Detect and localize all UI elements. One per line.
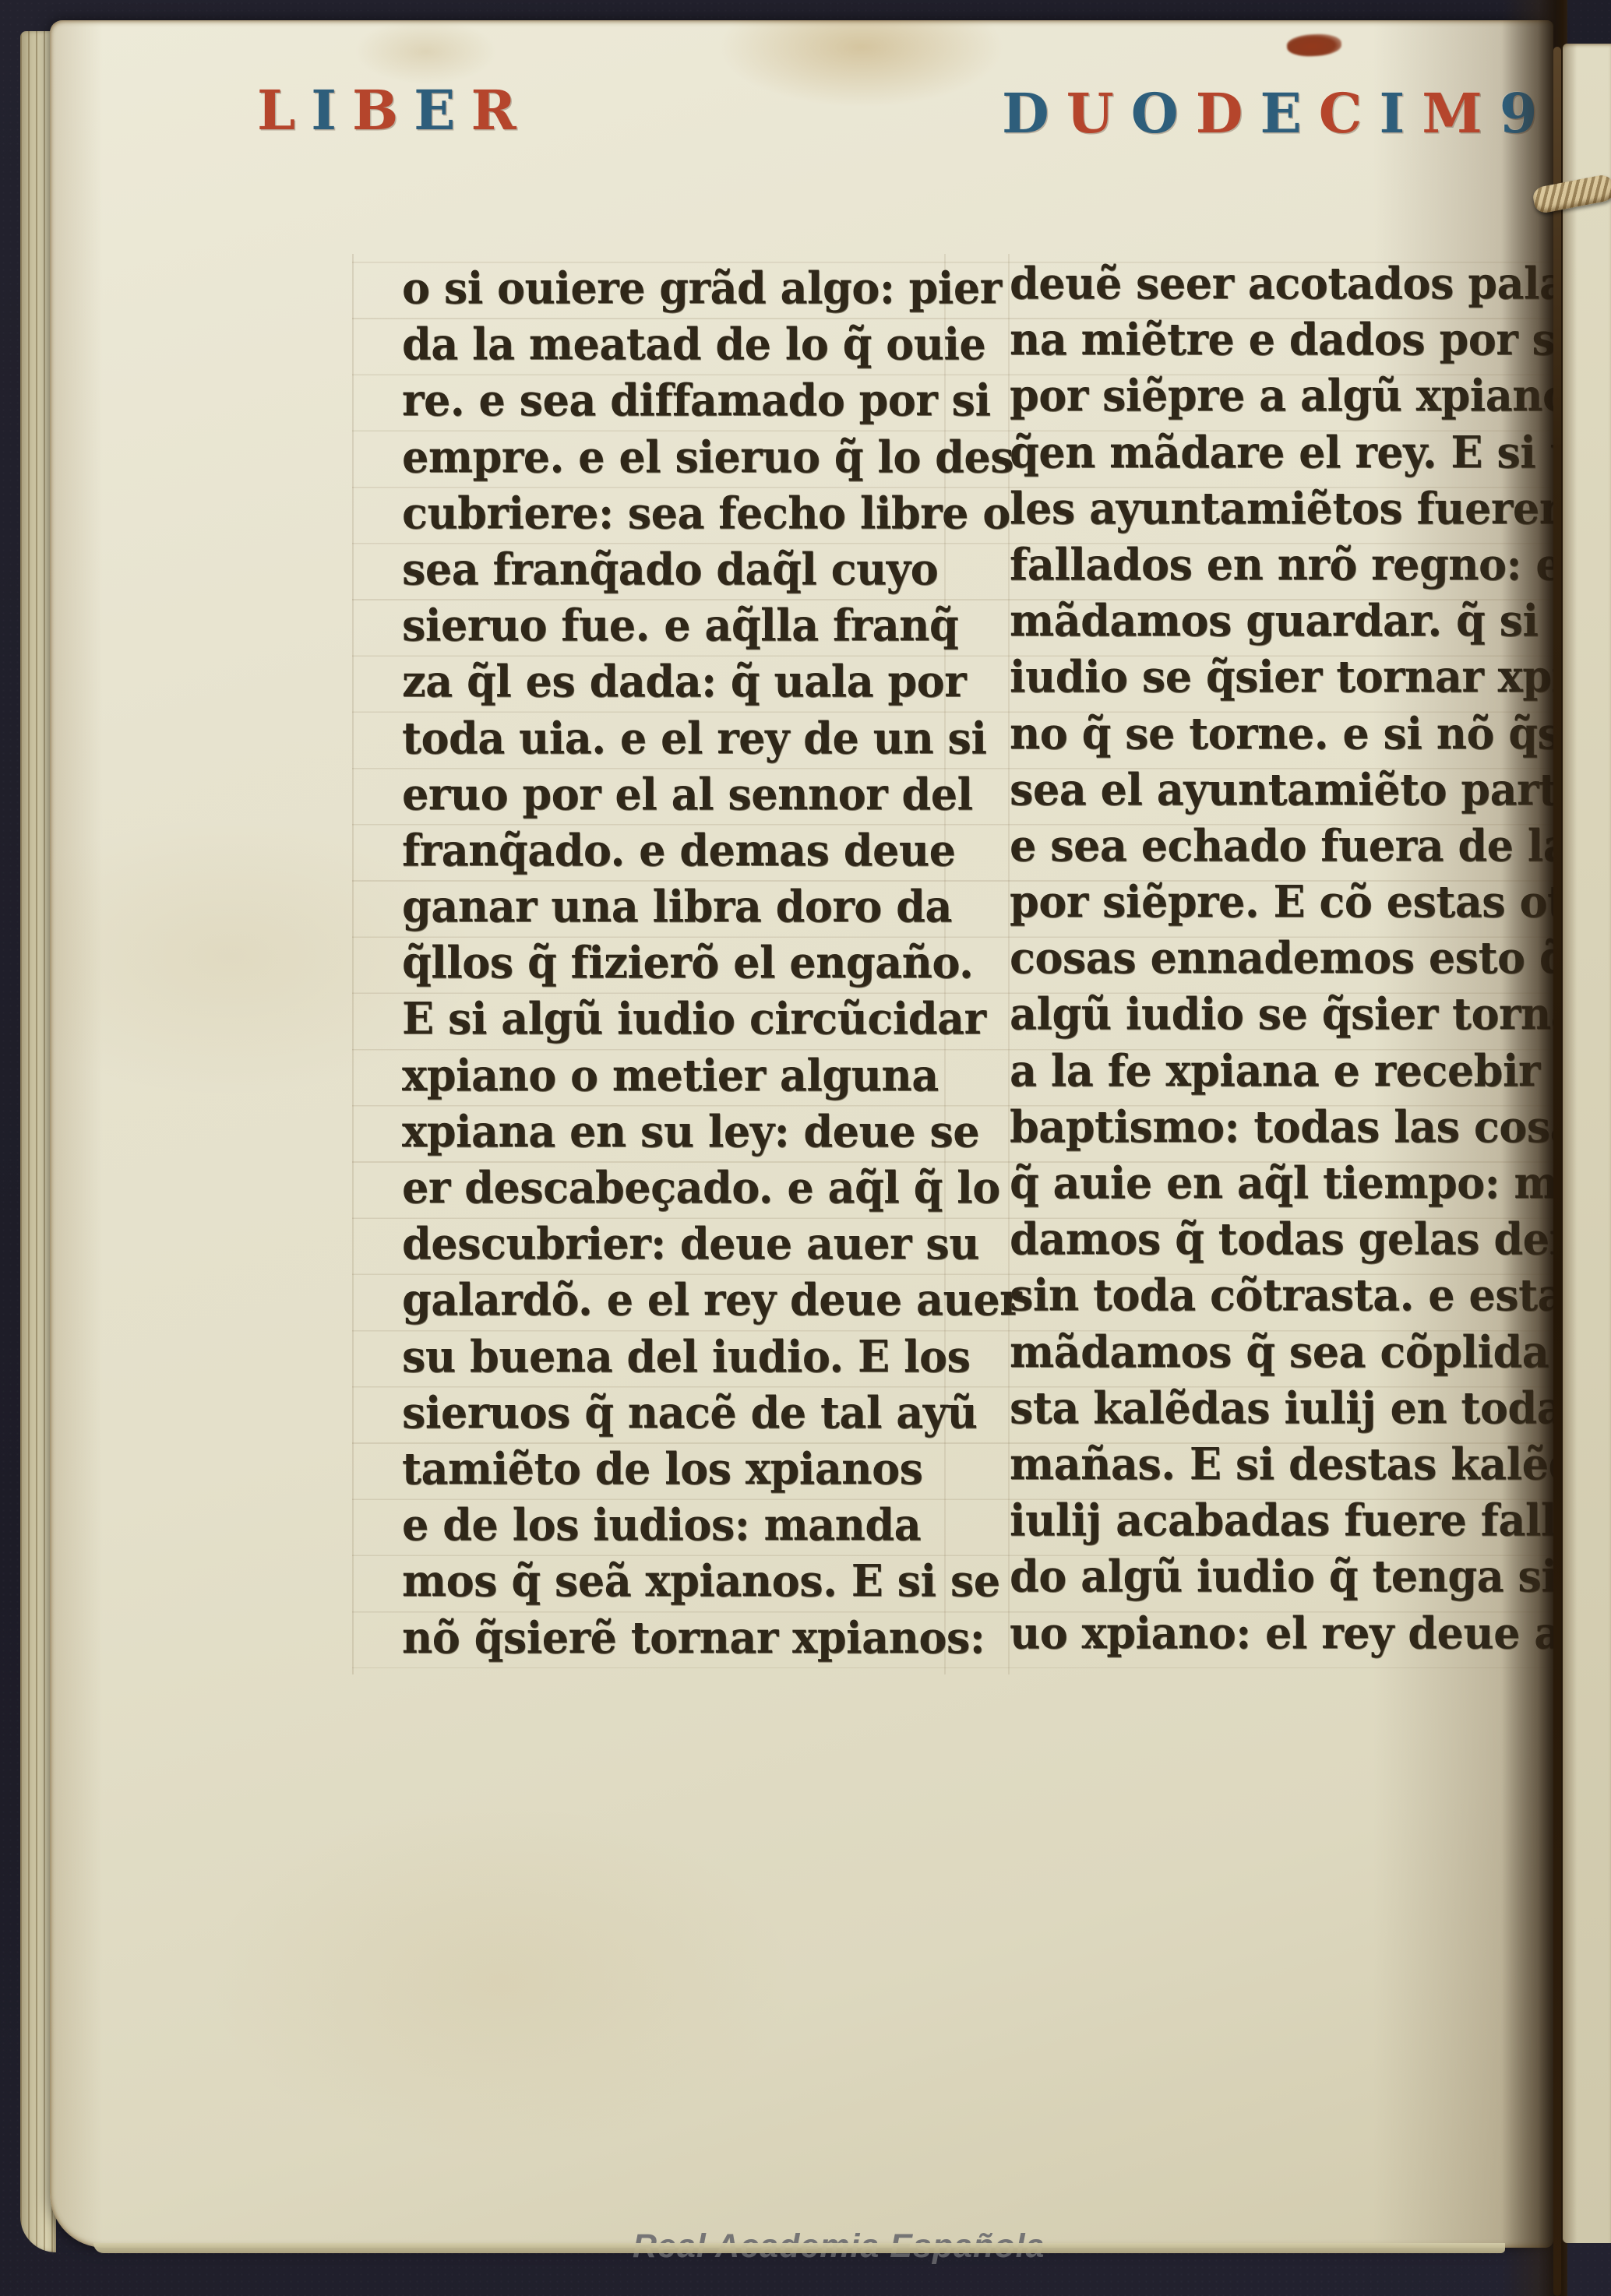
text-line: o si ouiere grãd algo: pier xyxy=(402,259,957,317)
text-line: les ayuntamiẽtos fueren xyxy=(1010,479,1564,537)
text-line: sea franq̃ado daq̃l cuyo xyxy=(402,540,957,598)
text-line: damos q̃ todas gelas den xyxy=(1010,1210,1564,1268)
text-line: xpiano o metier alguna xyxy=(402,1046,957,1104)
text-line: su buena del iudio. E los xyxy=(402,1327,957,1386)
text-line: e sea echado fuera de la tr̃a xyxy=(1010,816,1564,875)
text-line: sieruo fue. e aq̃lla franq̃ xyxy=(402,596,957,654)
text-line: descubrier: deue auer su xyxy=(402,1214,957,1273)
text-line: por siẽpre. E cõ estas otras xyxy=(1010,872,1564,931)
illuminated-letter: L xyxy=(257,86,295,136)
text-line: mos q̃ seã xpianos. E si se xyxy=(402,1551,957,1610)
illuminated-letter: R xyxy=(471,86,516,136)
text-line: baptismo: todas las cosas xyxy=(1010,1097,1564,1156)
text-line: mãdamos guardar. q̃ si el xyxy=(1010,591,1564,650)
text-line: e de los iudios: manda xyxy=(402,1495,957,1554)
text-line: mañas. E si destas kalẽdas xyxy=(1010,1435,1564,1493)
text-line: nõ q̃sierẽ tornar xpianos: xyxy=(402,1608,957,1667)
illuminated-letter: B xyxy=(352,86,398,136)
text-line: por siẽpre a algũ xpiano a xyxy=(1010,366,1564,424)
text-line: za q̃l es dada: q̃ uala por xyxy=(402,652,957,710)
illuminated-letter: O xyxy=(1131,89,1179,139)
illuminated-letter: U xyxy=(1066,89,1114,139)
text-line: re. e sea diffamado por si xyxy=(402,371,957,429)
text-line: na miẽtre e dados por sieruos xyxy=(1010,310,1564,368)
text-line: eruo por el al sennor del xyxy=(402,765,957,823)
text-line: q̃llos q̃ fizierõ el engaño. xyxy=(402,933,957,991)
text-line: galardõ. e el rey deue auer xyxy=(402,1270,957,1329)
illuminated-letter: C xyxy=(1319,89,1362,139)
text-line: deuẽ seer acotados paladi xyxy=(1010,254,1564,312)
text-line: franq̃ado. e demas deue xyxy=(402,821,957,879)
text-line: do algũ iudio q̃ tenga sier xyxy=(1010,1547,1564,1605)
header-liber: LIBER xyxy=(257,86,516,136)
illuminated-letter: E xyxy=(414,86,455,136)
illuminated-letter: E xyxy=(1260,89,1301,139)
text-line: q̃en mãdare el rey. E si ta xyxy=(1010,423,1564,481)
illuminated-letter: I xyxy=(311,86,337,136)
gutter-seam xyxy=(1553,47,1561,2296)
facing-page-edge xyxy=(1563,44,1611,2243)
text-line: toda uia. e el rey de un si xyxy=(402,709,957,767)
text-line: fallados en nrõ regno: esto xyxy=(1010,535,1564,593)
text-line: mãdamos q̃ sea cõplida fa xyxy=(1010,1322,1564,1381)
red-edge-mark xyxy=(1286,33,1341,58)
illuminated-letter: I xyxy=(1380,89,1405,139)
text-line: sin toda cõtrasta. e esta ley xyxy=(1010,1266,1564,1324)
header-duodecimus: DUODECIM9 xyxy=(1002,89,1537,139)
text-line: da la meatad de lo q̃ ouie xyxy=(402,315,957,373)
text-line: E si algũ iudio circũcidar xyxy=(402,989,957,1048)
illuminated-letter: D xyxy=(1002,89,1049,139)
illuminated-letter: M xyxy=(1422,89,1482,139)
bottom-page-edge xyxy=(93,2243,1505,2253)
text-line: tamiẽto de los xpianos xyxy=(402,1439,957,1498)
text-line: algũ iudio se q̃sier tornar xyxy=(1010,984,1564,1043)
text-line: q̃ auie en aq̃l tiempo: man xyxy=(1010,1153,1564,1212)
text-line: empre. e el sieruo q̃ lo des xyxy=(402,428,957,486)
text-line: ganar una libra doro da xyxy=(402,877,957,935)
text-line: iudio se q̃sier tornar xpia xyxy=(1010,647,1564,706)
text-column-right: deuẽ seer acotados paladina miẽtre e dad… xyxy=(1010,254,1564,1660)
text-line: er descabeçado. e aq̃l q̃ lo xyxy=(402,1158,957,1217)
text-line: cubriere: sea fecho libre o xyxy=(402,484,957,542)
text-line: a la fe xpiana e recebir el scõ xyxy=(1010,1041,1564,1100)
manuscript-page: LIBER DUODECIM9 o si ouiere grãd algo: p… xyxy=(50,20,1553,2248)
text-line: iulij acabadas fuere falla xyxy=(1010,1491,1564,1549)
text-line: no q̃ se torne. e si nõ q̃siere: xyxy=(1010,704,1564,762)
text-line: xpiana en su ley: deue se xyxy=(402,1102,957,1160)
text-line: sea el ayuntamiẽto partido xyxy=(1010,760,1564,819)
text-line: uo xpiano: el rey deue a xyxy=(1010,1604,1564,1662)
illuminated-letter: D xyxy=(1196,89,1243,139)
text-line: cosas ennademos esto q̃ si xyxy=(1010,928,1564,987)
text-line: sieruos q̃ nacẽ de tal ayũ xyxy=(402,1383,957,1442)
photo-background: LIBER DUODECIM9 o si ouiere grãd algo: p… xyxy=(0,0,1611,2296)
text-line: sta kalẽdas iulij en todas xyxy=(1010,1379,1564,1437)
text-column-left: o si ouiere grãd algo: pierda la meatad … xyxy=(402,259,957,1664)
